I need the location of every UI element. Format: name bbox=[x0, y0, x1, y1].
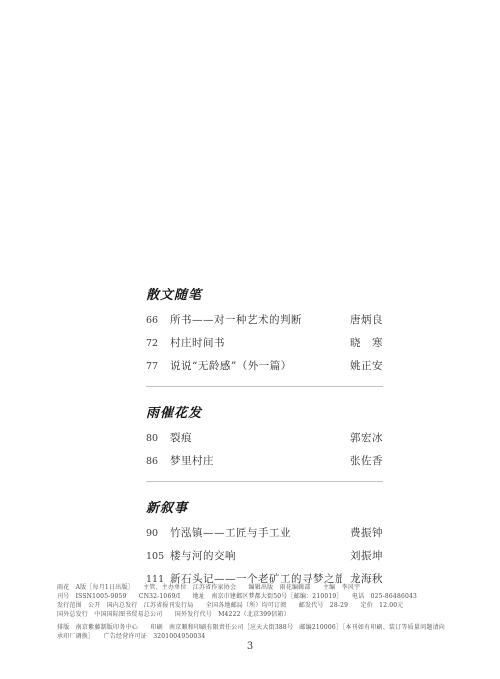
section-title: 散文随笔 bbox=[146, 284, 383, 303]
toc-entry: 86 梦里村庄 张佐香 bbox=[146, 455, 383, 468]
entry-page-number: 80 bbox=[146, 432, 170, 445]
entry-title: 裂痕 bbox=[170, 432, 342, 445]
entry-author: 张佐香 bbox=[350, 455, 383, 468]
section-entries: 90 竹泓镇——工匠与手工业 费振钟 105 楼与河的交响 刘振坤 111 新石… bbox=[146, 527, 383, 586]
colophon-line: 刊号 ISSN1005-9059 CN32-1069/I 地址 南京市建邺区梦都… bbox=[57, 592, 445, 601]
section-entries: 66 所书——对一种艺术的判断 唐炳良 72 村庄时间书 晓 寒 77 说说“无… bbox=[146, 314, 383, 373]
toc-entry: 80 裂痕 郭宏冰 bbox=[146, 432, 383, 445]
section-divider bbox=[146, 386, 383, 387]
entry-author: 郭宏冰 bbox=[350, 432, 383, 445]
toc-section: 新叙事 90 竹泓镇——工匠与手工业 费振钟 105 楼与河的交响 刘振坤 11… bbox=[146, 497, 383, 586]
magazine-toc-page: 散文随笔 66 所书——对一种艺术的判断 唐炳良 72 村庄时间书 晓 寒 77… bbox=[0, 0, 500, 679]
section-title: 新叙事 bbox=[146, 497, 383, 516]
entry-author: 唐炳良 bbox=[350, 314, 383, 327]
toc-entry: 105 楼与河的交响 刘振坤 bbox=[146, 550, 383, 563]
entry-author: 费振钟 bbox=[350, 527, 383, 540]
toc-entry: 66 所书——对一种艺术的判断 唐炳良 bbox=[146, 314, 383, 327]
colophon-line: 排版 南京紫藤制版印务中心 印刷 南京顺和印刷有限责任公司［应天大街388号 邮… bbox=[57, 623, 445, 641]
entry-page-number: 86 bbox=[146, 455, 170, 468]
entry-page-number: 66 bbox=[146, 314, 170, 327]
entry-title: 楼与河的交响 bbox=[170, 550, 342, 563]
entry-title: 竹泓镇——工匠与手工业 bbox=[170, 527, 342, 540]
entry-page-number: 77 bbox=[146, 360, 170, 373]
colophon-line: 雨花 A版［每月1日出版］ 主管、主办单位 江苏省作家协会 编辑出版 雨花编辑部… bbox=[57, 583, 445, 592]
entry-title: 说说“无龄感”（外一篇） bbox=[170, 360, 342, 373]
toc-section: 雨催花发 80 裂痕 郭宏冰 86 梦里村庄 张佐香 bbox=[146, 402, 383, 468]
section-entries: 80 裂痕 郭宏冰 86 梦里村庄 张佐香 bbox=[146, 432, 383, 468]
section-title: 雨催花发 bbox=[146, 402, 383, 421]
entry-author: 姚正安 bbox=[350, 360, 383, 373]
entry-page-number: 105 bbox=[146, 550, 170, 563]
toc-entry: 77 说说“无龄感”（外一篇） 姚正安 bbox=[146, 360, 383, 373]
entry-page-number: 90 bbox=[146, 527, 170, 540]
table-of-contents: 散文随笔 66 所书——对一种艺术的判断 唐炳良 72 村庄时间书 晓 寒 77… bbox=[146, 284, 383, 596]
toc-entry: 90 竹泓镇——工匠与手工业 费振钟 bbox=[146, 527, 383, 540]
entry-title: 所书——对一种艺术的判断 bbox=[170, 314, 342, 327]
entry-page-number: 72 bbox=[146, 337, 170, 350]
entry-title: 梦里村庄 bbox=[170, 455, 342, 468]
toc-section: 散文随笔 66 所书——对一种艺术的判断 唐炳良 72 村庄时间书 晓 寒 77… bbox=[146, 284, 383, 373]
toc-entry: 72 村庄时间书 晓 寒 bbox=[146, 337, 383, 350]
entry-author: 晓 寒 bbox=[350, 337, 383, 350]
section-divider bbox=[146, 481, 383, 482]
colophon-publication-info: 雨花 A版［每月1日出版］ 主管、主办单位 江苏省作家协会 编辑出版 雨花编辑部… bbox=[57, 583, 445, 619]
entry-title: 村庄时间书 bbox=[170, 337, 342, 350]
page-number: 3 bbox=[0, 641, 500, 652]
colophon-line: 国外总发行 中国国际图书贸易总公司 国外发行代号 M4222（北京399信箱） bbox=[57, 610, 445, 619]
colophon-line: 发行范围 公开 国内总发行 江苏省报刊发行局 全国各地邮局（所）均可订阅 邮发代… bbox=[57, 601, 445, 610]
colophon-printing-info: 排版 南京紫藤制版印务中心 印刷 南京顺和印刷有限责任公司［应天大街388号 邮… bbox=[57, 623, 445, 641]
entry-author: 刘振坤 bbox=[350, 550, 383, 563]
colophon: 雨花 A版［每月1日出版］ 主管、主办单位 江苏省作家协会 编辑出版 雨花编辑部… bbox=[57, 583, 445, 645]
